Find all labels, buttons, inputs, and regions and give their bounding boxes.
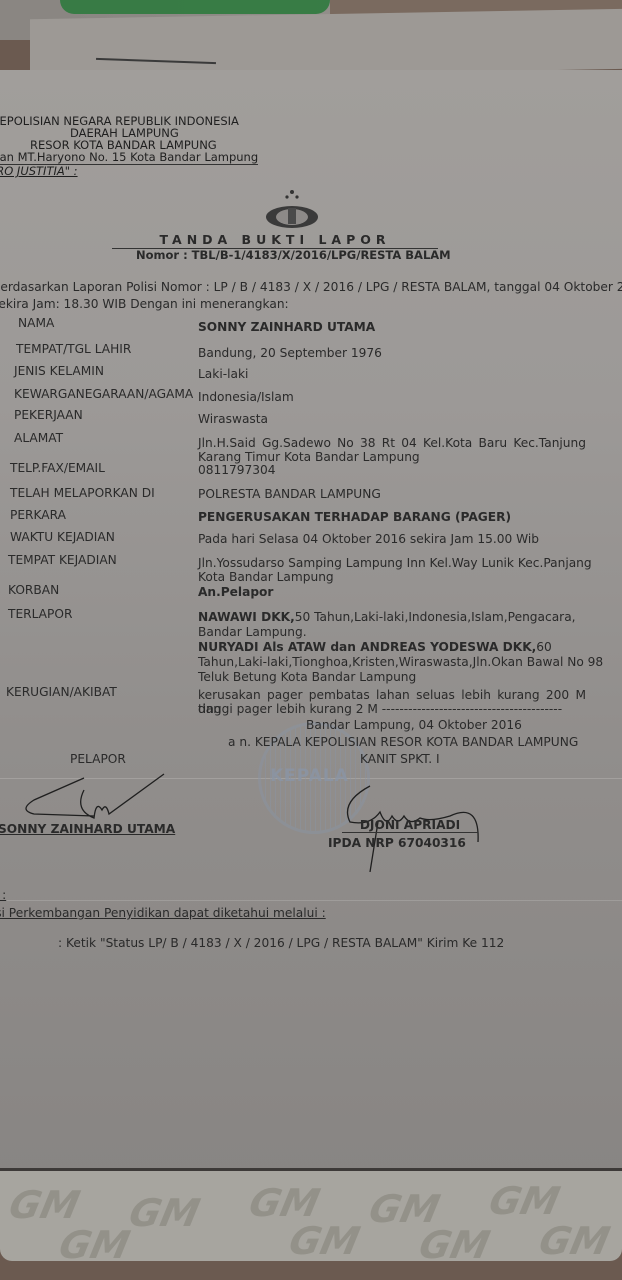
watermark: GM [415,1223,493,1261]
reporter-name: SONNY ZAINHARD UTAMA [0,822,175,836]
photo-background-liner: GM GM GM GM GM GM GM GM GM [0,1168,622,1261]
value-kewarganegaraan-agama: Indonesia/Islam [198,390,294,404]
underlying-paper [30,9,622,79]
label-tempat-kejadian: TEMPAT KEJADIAN [8,553,117,567]
on-behalf-of: a n. KEPALA KEPOLISIAN RESOR KOTA BANDAR… [228,735,578,749]
value-tempat-tgl-lahir: Bandung, 20 September 1976 [198,346,382,360]
paper-fold [0,900,622,901]
intro-line2: sekira Jam: 18.30 WIB Dengan ini meneran… [0,297,289,311]
watermark: GM [485,1179,563,1223]
label-alamat: ALAMAT [14,431,63,445]
value-terlapor-line5: Teluk Betung Kota Bandar Lampung [198,670,416,684]
police-emblem-icon [262,188,322,230]
reporter-label: PELAPOR [70,752,126,766]
value-tempat-kejadian-line2: Kota Bandar Lampung [198,570,334,584]
value-telp: 0811797304 [198,463,276,477]
value-jenis-kelamin: Laki-laki [198,367,248,381]
label-tempat-tgl-lahir: TEMPAT/TGL LAHIR [16,342,131,356]
value-terlapor-line3: NURYADI Als ATAW dan ANDREAS YODESWA DKK… [198,640,552,654]
watermark: GM [5,1183,83,1227]
value-nama: SONNY ZAINHARD UTAMA [198,320,375,334]
value-waktu-kejadian: Pada hari Selasa 04 Oktober 2016 sekira … [198,532,539,546]
value-kerugian-line2: tinggi pager lebih kurang 2 M ----------… [198,702,562,716]
place-date: Bandar Lampung, 04 Oktober 2016 [306,718,522,732]
label-nama: NAMA [18,316,54,330]
value-alamat-line1: Jln.H.Said Gg.Sadewo No 38 Rt 04 Kel.Kot… [198,436,586,450]
notes-line1: Informasi Perkembangan Penyidikan dapat … [0,906,326,920]
green-object [60,0,330,14]
letterhead-address: Jalan MT.Haryono No. 15 Kota Bandar Lamp… [0,150,258,165]
label-telah-melaporkan-di: TELAH MELAPORKAN DI [10,486,155,500]
police-report-document: KEPOLISIAN NEGARA REPUBLIK INDONESIA DAE… [0,70,622,1180]
value-terlapor-line1: NAWAWI DKK,50 Tahun,Laki-laki,Indonesia,… [198,610,576,624]
watermark: GM [125,1191,203,1235]
officer-name: DJONI APRIADI [342,818,478,833]
officer-rank-nrp: IPDA NRP 67040316 [328,836,466,850]
label-kewarganegaraan-agama: KEWARGANEGARAAN/AGAMA [14,387,193,401]
label-perkara: PERKARA [10,508,66,522]
value-terlapor-line4: Tahun,Laki-laki,Tionghoa,Kristen,Wiraswa… [198,655,603,669]
watermark: GM [535,1219,613,1261]
watermark: GM [55,1223,133,1261]
value-alamat-line2: Karang Timur Kota Bandar Lampung [198,450,420,464]
label-jenis-kelamin: JENIS KELAMIN [14,364,104,378]
label-telp: TELP.FAX/EMAIL [10,461,105,475]
value-perkara: PENGERUSAKAN TERHADAP BARANG (PAGER) [198,510,511,524]
value-pekerjaan: Wiraswasta [198,412,268,426]
label-terlapor: TERLAPOR [8,607,72,621]
officer-position: KANIT SPKT. I [360,752,440,766]
label-pekerjaan: PEKERJAAN [14,408,83,422]
watermark: GM [285,1219,363,1261]
notes-heading: Catatan : [0,888,6,902]
value-terlapor-line2: Bandar Lampung. [198,625,307,639]
value-korban: An.Pelapor [198,585,273,599]
label-waktu-kejadian: WAKTU KEJADIAN [10,530,115,544]
document-title: TANDA BUKTI LAPOR [112,232,438,249]
value-tempat-kejadian-line1: Jln.Yossudarso Samping Lampung Inn Kel.W… [198,556,592,570]
document-number: Nomor : TBL/B-1/4183/X/2016/LPG/RESTA BA… [136,248,451,262]
pro-justitia: "PRO JUSTITIA" : [0,164,78,178]
value-telah-melaporkan-di: POLRESTA BANDAR LAMPUNG [198,487,381,501]
reporter-signature-icon [14,770,174,830]
notes-line2: : Ketik "Status LP/ B / 4183 / X / 2016 … [58,936,504,950]
label-korban: KORBAN [8,583,59,597]
label-kerugian-akibat: KERUGIAN/AKIBAT [6,685,117,699]
intro-line1: Berdasarkan Laporan Polisi Nomor : LP / … [0,280,622,294]
